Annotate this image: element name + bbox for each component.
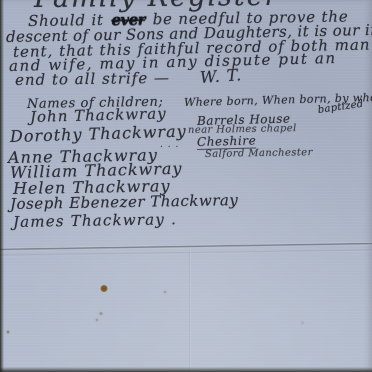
scanned-register-page: Family Register Should it ever be needfu… [0,0,372,372]
scan-edge-left [0,0,4,372]
vertical-fold-crease [189,250,191,372]
intro-line-5: end to all strife — [15,71,170,88]
ink-stain-spot [99,311,103,316]
ink-stain-spot [6,330,10,334]
ink-stain-spot [300,321,305,325]
signature-initials: W. T. [199,67,242,86]
ink-stain-spot [95,318,99,322]
ink-stain-spot [132,289,138,295]
child-name-row: Joseph Ebenezer Thackwray [10,193,239,212]
horizontal-fold-crease-secondary [0,249,372,257]
ink-stain-spot [163,290,167,294]
ink-stain-spot [100,285,108,292]
column-connector-dashes: . . . [160,141,179,150]
child-name-row: James Thackwray . [13,212,177,230]
scan-edge-bottom [0,367,372,372]
birthplace-note: Salford Manchester [205,148,313,160]
vertical-fold-crease [192,0,193,100]
